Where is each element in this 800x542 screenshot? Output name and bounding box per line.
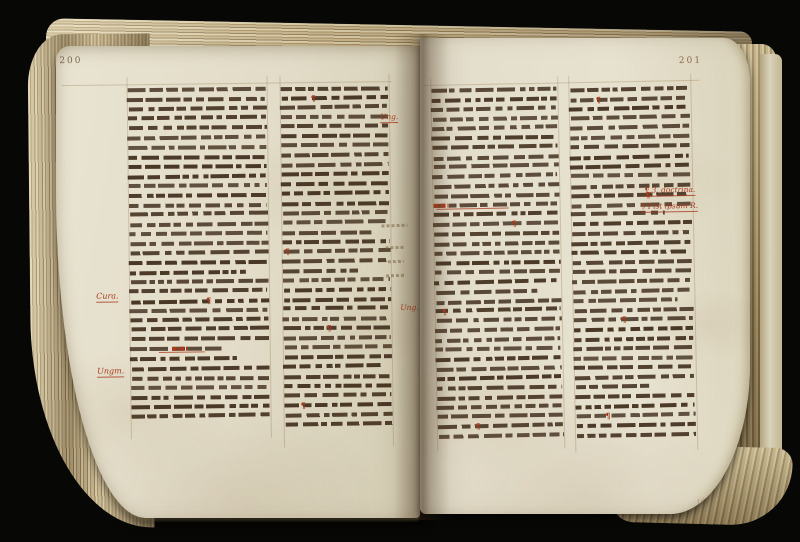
rubric-pilcrow: ¶ [621, 316, 626, 324]
faint-pencil-folio: 102 [696, 497, 710, 507]
text-line [281, 133, 388, 138]
rubric-underline [158, 352, 205, 354]
text-line [432, 87, 557, 93]
text-line [130, 221, 268, 227]
text-line [436, 289, 537, 295]
text-line [130, 211, 268, 217]
text-line [434, 278, 559, 285]
text-line [570, 85, 689, 92]
text-line [283, 210, 390, 216]
text-line [432, 135, 557, 141]
text-line [573, 288, 692, 295]
text-line [131, 403, 269, 409]
text-line [281, 152, 388, 158]
text-line [129, 125, 267, 130]
text-line [129, 145, 267, 150]
text-line [132, 412, 270, 419]
text-line [575, 393, 694, 399]
text-line [284, 325, 391, 330]
text-line [574, 355, 693, 360]
text-line [128, 155, 266, 160]
text-line [281, 86, 388, 91]
text-line [284, 374, 391, 379]
text-line [571, 172, 690, 178]
text-line [434, 240, 559, 246]
text-line [131, 279, 269, 285]
text-line [576, 384, 649, 390]
text-line [574, 336, 693, 342]
text-line [434, 163, 559, 170]
text-column: ¶¶¶¶ [281, 85, 392, 438]
text-line [574, 374, 693, 380]
text-line [572, 277, 691, 283]
text-line [131, 385, 269, 390]
text-line [127, 96, 265, 101]
folio-number-right: 201 [679, 56, 702, 66]
text-line [439, 432, 564, 439]
text-line [131, 298, 269, 304]
rubric-pilcrow: ¶ [511, 220, 516, 228]
text-line [435, 326, 560, 333]
text-line [282, 230, 371, 235]
text-line [282, 190, 389, 196]
text-line [438, 413, 563, 419]
text-line [572, 229, 691, 235]
text-line [570, 114, 689, 121]
text-line [434, 154, 559, 161]
text-line [129, 288, 267, 294]
text-line [129, 164, 267, 169]
text-line [573, 220, 692, 226]
text-line [431, 106, 556, 113]
text-line [283, 335, 390, 341]
text-line [282, 258, 389, 264]
text-line [283, 363, 381, 369]
text-line [572, 250, 691, 256]
text-line [574, 307, 693, 313]
text-line [132, 376, 270, 381]
text-line [284, 287, 391, 293]
margin-note-unguentum: Ungm. [97, 367, 124, 377]
text-line [574, 316, 693, 322]
text-line [435, 307, 560, 314]
text-line [284, 297, 391, 302]
text-line [282, 201, 389, 206]
text-line [570, 124, 689, 131]
left-page: 200 ¶ ¶¶¶¶ Cura. Ungm. Ung. Ung. [56, 46, 420, 518]
rubric-word [172, 347, 188, 351]
text-line [283, 248, 390, 254]
text-line [571, 240, 690, 246]
text-line [436, 298, 561, 305]
rubric-pilcrow: ¶ [596, 95, 601, 103]
text-line [282, 143, 389, 148]
text-line [131, 336, 269, 341]
text-line [435, 269, 560, 275]
text-line [281, 181, 388, 186]
text-line [130, 308, 268, 314]
text-line [283, 316, 390, 321]
text-line [573, 345, 692, 351]
marginal-gloss-scribble [381, 224, 407, 228]
rubric-pilcrow: ¶ [475, 422, 480, 430]
margin-note-cura: Cura. [96, 292, 119, 302]
text-line [437, 403, 562, 410]
text-line [281, 171, 388, 177]
text-line [131, 250, 269, 256]
text-line [432, 144, 557, 150]
text-line [433, 220, 558, 227]
text-line [575, 402, 694, 409]
text-line [130, 241, 268, 247]
text-line [282, 95, 389, 101]
margin-note-unguentum-gutter-lower: Ung. [400, 304, 418, 312]
text-line [280, 104, 387, 110]
marginal-gloss-scribble [386, 274, 406, 278]
text-line [436, 355, 561, 362]
text-column: ¶ [128, 87, 270, 431]
text-line [284, 344, 391, 349]
text-line [435, 346, 560, 352]
text-line [128, 173, 266, 179]
text-line [128, 183, 266, 188]
text-line [432, 124, 557, 131]
margin-note-unguentum-gutter-upper: Ung. [380, 113, 398, 123]
text-line [573, 269, 692, 275]
text-line [574, 326, 693, 332]
marginal-gloss-scribble [386, 246, 406, 250]
text-line [283, 277, 390, 283]
text-line [432, 172, 557, 179]
text-line [128, 86, 266, 91]
text-line [283, 268, 361, 273]
margin-note-tertia-doctrina: ¶.3. doctrina. [644, 186, 695, 196]
ruling-line [424, 80, 699, 86]
text-line [577, 422, 696, 428]
rubric-pilcrow: ¶ [605, 412, 610, 420]
text-line [285, 392, 392, 397]
text-line [574, 365, 693, 371]
text-line [570, 153, 689, 160]
rubric-pilcrow: ¶ [285, 248, 290, 256]
text-line [283, 239, 390, 244]
left-page-content: 200 ¶ ¶¶¶¶ Cura. Ungm. Ung. Ung. [53, 44, 423, 520]
text-line [285, 411, 392, 417]
text-line [432, 116, 557, 122]
rubric-pilcrow: ¶ [301, 401, 306, 409]
text-line [280, 114, 387, 119]
text-line [433, 211, 558, 217]
text-line [129, 203, 267, 208]
text-line [431, 96, 556, 103]
text-line [129, 193, 267, 198]
rubric-pilcrow: ¶ [645, 190, 650, 198]
text-line [570, 134, 689, 141]
text-line [285, 421, 392, 427]
text-line [282, 162, 389, 168]
text-line [132, 365, 270, 371]
margin-note-fist-ipsum: ¶ Fist ipsum R. [641, 202, 699, 213]
rubric-pilcrow: ¶ [206, 297, 211, 305]
text-line [128, 115, 266, 121]
text-column: ¶¶¶ [431, 87, 563, 451]
text-line [576, 412, 695, 419]
text-line [569, 104, 688, 111]
rubric-word [434, 204, 449, 208]
text-line [574, 297, 678, 303]
text-line [130, 317, 268, 323]
text-line [131, 326, 269, 332]
text-line [284, 354, 391, 359]
text-line [570, 163, 689, 170]
text-line [434, 192, 559, 198]
text-line [438, 422, 563, 429]
book-endleaf-edge [760, 54, 782, 500]
text-line [434, 230, 559, 236]
right-page-content: 201 ¶¶¶ ¶¶¶¶ ¶.3. doctrina. ¶ Fist ipsum… [415, 35, 754, 517]
text-line [435, 260, 560, 266]
text-line [132, 394, 270, 399]
text-line [434, 182, 559, 189]
marginal-gloss-scribble [388, 260, 404, 263]
rubric-pilcrow: ¶ [442, 307, 447, 315]
text-line [573, 259, 692, 265]
text-line [128, 106, 266, 112]
text-line [437, 316, 562, 323]
text-line [571, 143, 690, 149]
text-line [435, 249, 560, 255]
text-line [570, 95, 689, 102]
text-line [436, 374, 561, 381]
text-line [437, 365, 562, 372]
text-line [281, 123, 388, 128]
rubric-pilcrow: ¶ [311, 94, 316, 102]
text-column: ¶¶¶¶ [569, 86, 695, 449]
text-line [283, 219, 390, 225]
right-page: 201 ¶¶¶ ¶¶¶¶ ¶.3. doctrina. ¶ Fist ipsum… [420, 38, 750, 514]
text-line [128, 134, 266, 140]
text-line [129, 230, 267, 236]
text-line [435, 336, 560, 343]
folio-number-left: 200 [59, 56, 82, 66]
text-line [437, 394, 562, 401]
manuscript-photo: 200 ¶ ¶¶¶¶ Cura. Ungm. Ung. Ung. 201 ¶¶¶… [0, 0, 800, 542]
text-line [130, 356, 237, 361]
text-line [437, 385, 562, 391]
text-line [577, 431, 696, 437]
text-line [285, 384, 392, 389]
text-line [283, 306, 390, 311]
rubric-pilcrow: ¶ [326, 324, 331, 332]
text-line [129, 259, 267, 264]
rubric-underline [436, 208, 509, 210]
text-line [130, 269, 246, 275]
